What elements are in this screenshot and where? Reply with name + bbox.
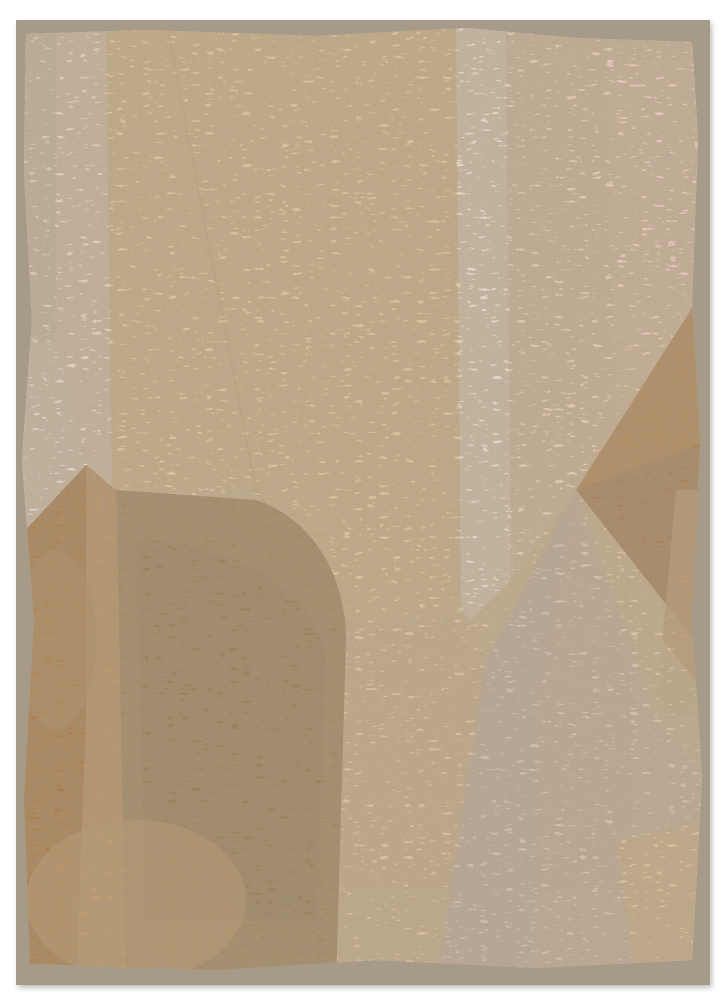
rug-pattern — [16, 20, 710, 985]
rug — [16, 20, 710, 985]
rug-field — [16, 20, 710, 985]
